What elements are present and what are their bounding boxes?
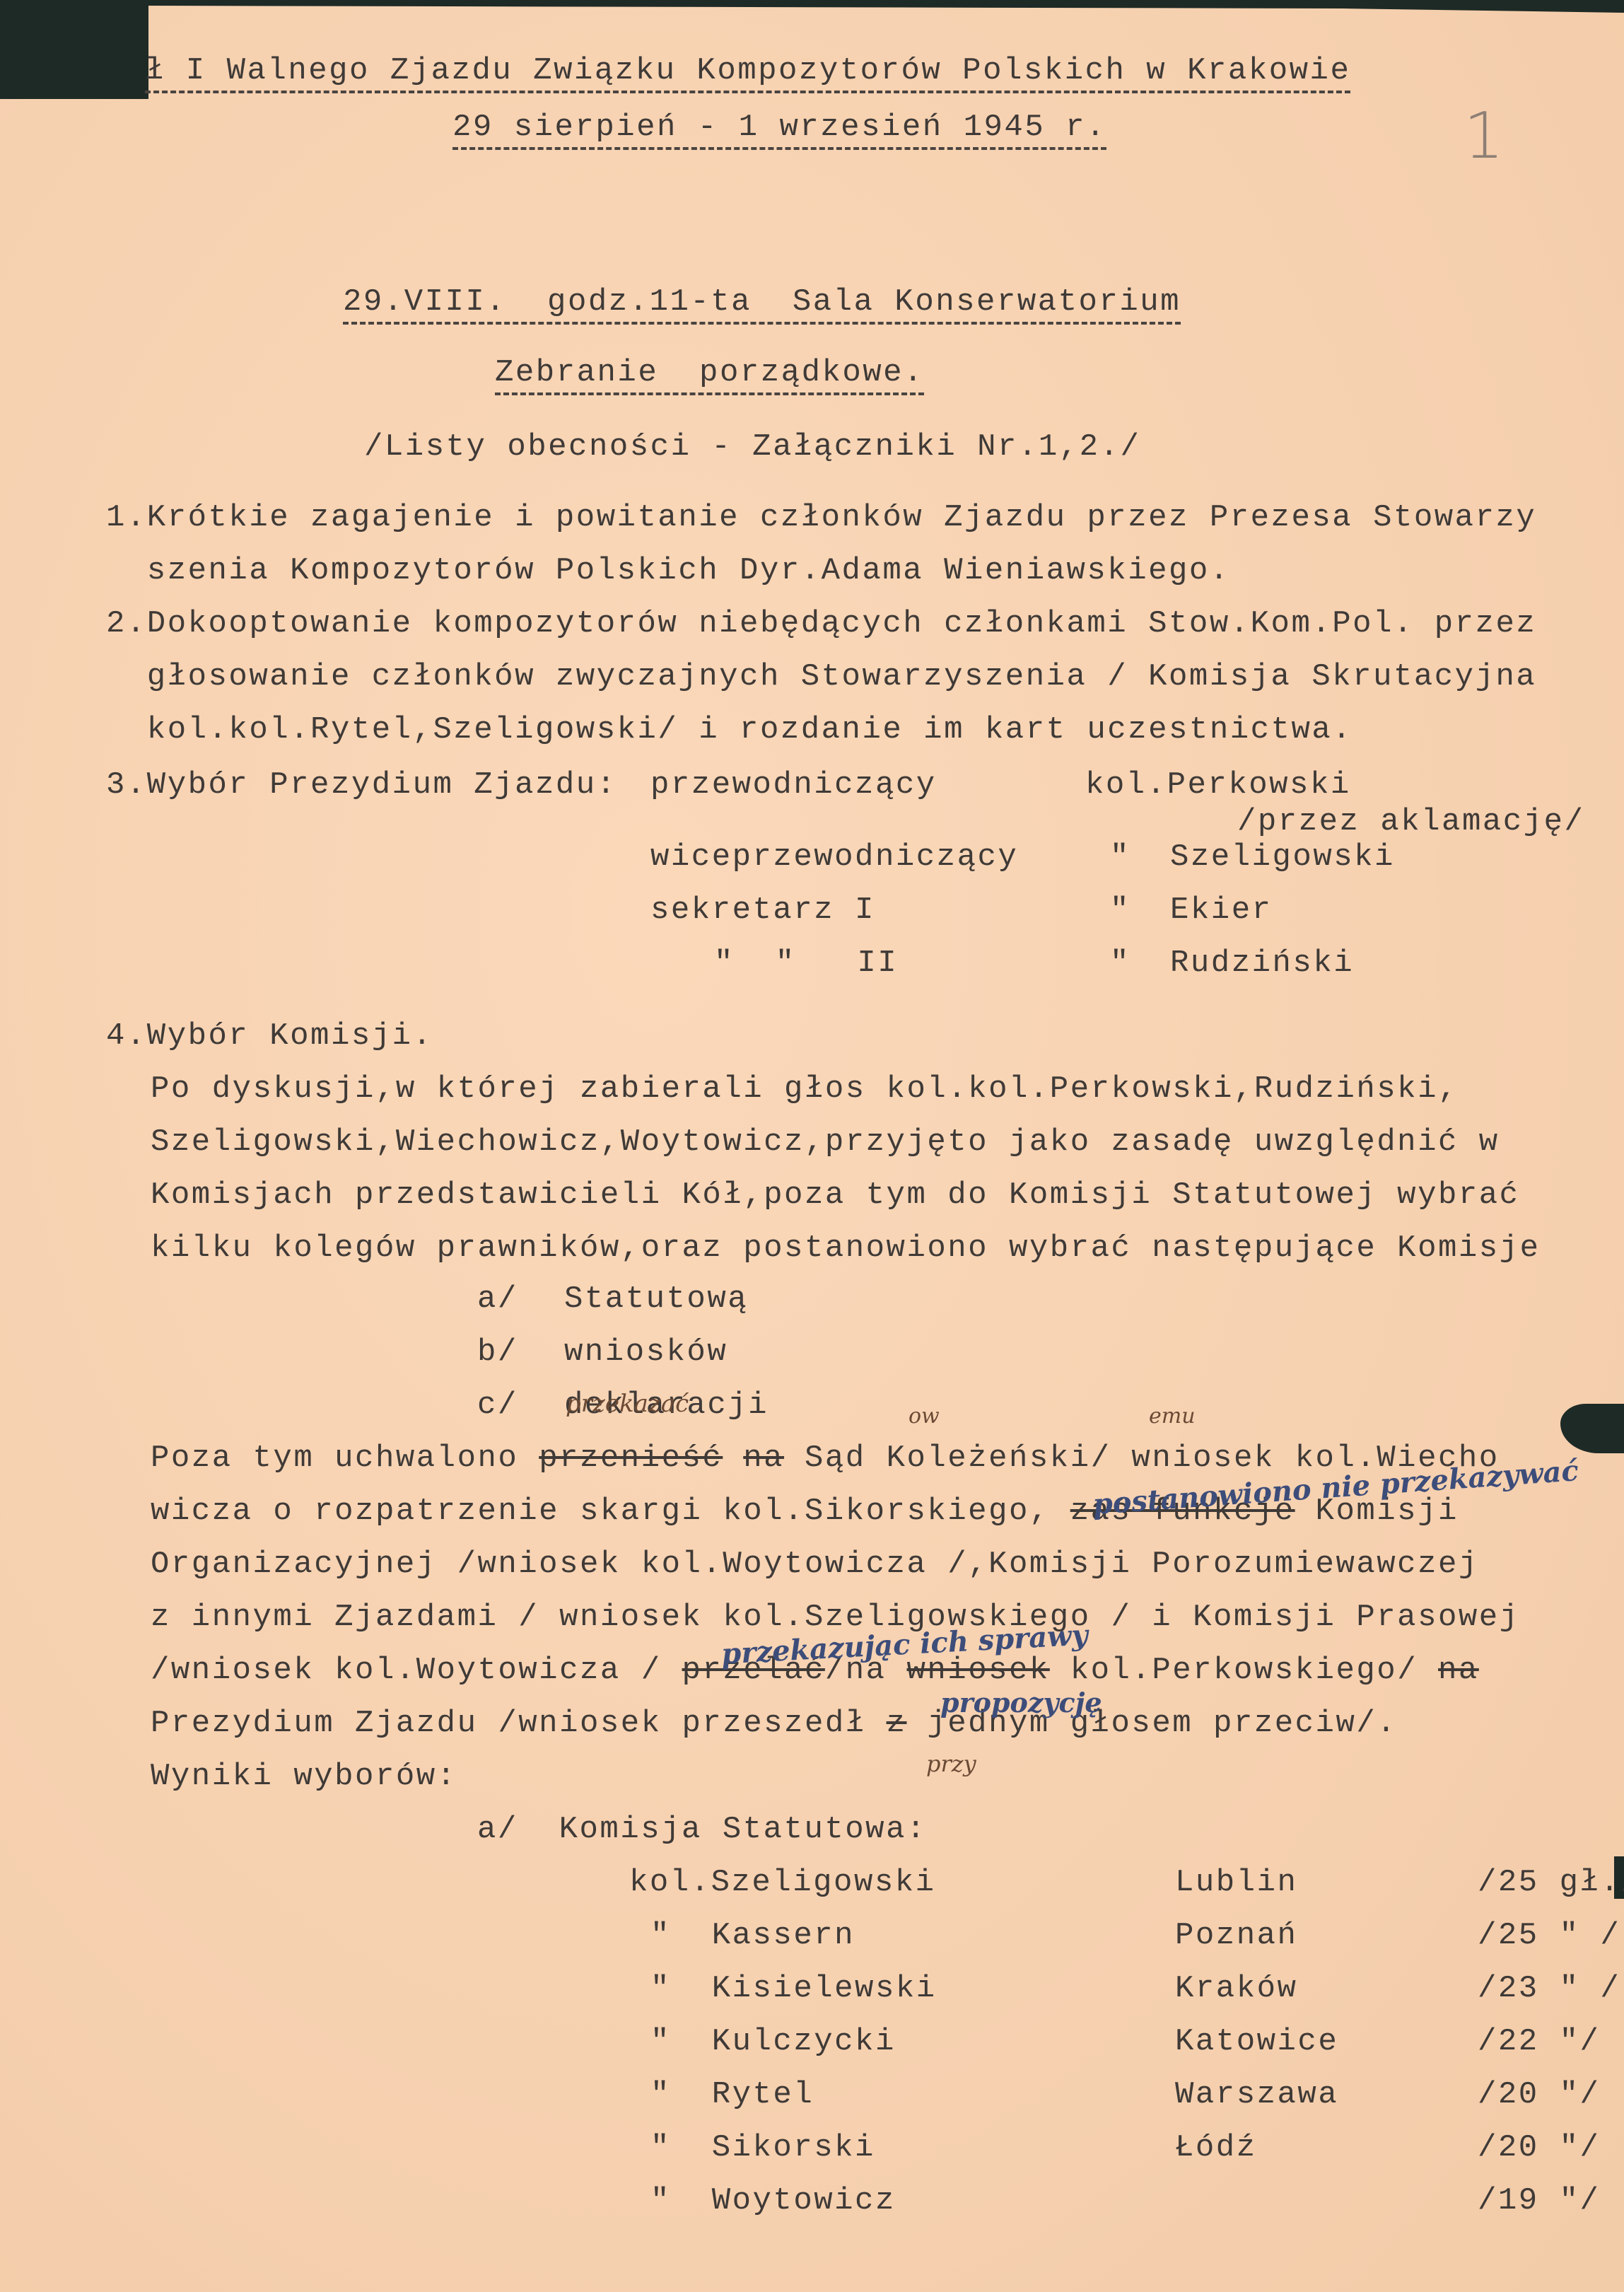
handwritten-annotation: przekazać [566, 1390, 689, 1418]
table-cell-city: Lublin [1175, 1867, 1297, 1898]
table-cell-votes: /25 " / [1478, 1920, 1620, 1951]
commission-marker-a: a/ [477, 1284, 518, 1315]
resolution-line-4: z innymi Zjazdami / wniosek kol.Szeligow… [151, 1602, 1520, 1633]
table-cell-votes: /20 "/ [1478, 2132, 1600, 2163]
presidium-ditto-secretary-1: " [1110, 895, 1131, 926]
resolution-line-3: Organizacyjnej /wniosek kol.Woytowicza /… [151, 1549, 1479, 1580]
presidium-role-secretary-2: " " II [714, 948, 898, 979]
presidium-name-secretary-2: Rudziński [1170, 948, 1354, 979]
struck-text: z [887, 1706, 907, 1741]
page-number: 1 [1464, 99, 1504, 173]
presidium-name-vice: Szeligowski [1170, 842, 1395, 873]
session-subheading: Zebranie porządkowe. [495, 357, 924, 395]
handwritten-annotation: propozycję [940, 1687, 1102, 1718]
agenda-item-1-line-2: szenia Kompozytorów Polskich Dyr.Adama W… [106, 555, 1230, 586]
table-cell-name: " Rytel [650, 2079, 814, 2110]
commissions-paragraph-line-2: Szeligowski,Wiechowicz,Woytowicz,przyjęt… [151, 1127, 1500, 1158]
agenda-item-1-line-1: 1.Krótkie zagajenie i powitanie członków… [106, 502, 1536, 533]
table-cell-city: Poznań [1175, 1920, 1297, 1951]
table-cell-votes: /23 " / [1478, 1973, 1620, 2004]
document-title: ł I Walnego Zjazdu Związku Kompozytorów … [145, 55, 1350, 93]
table-cell-votes: /22 "/ [1478, 2026, 1600, 2057]
presidium-ditto-vice: " [1110, 842, 1131, 873]
commission-marker-b: b/ [477, 1337, 518, 1368]
session-heading: 29.VIII. godz.11-ta Sala Konserwatorium [343, 286, 1181, 325]
handwritten-annotation: ow [909, 1404, 940, 1429]
statutory-commission-heading: a/ Komisja Statutowa: [477, 1814, 927, 1845]
attachments-note: /Listy obecności - Załączniki Nr.1,2./ [364, 431, 1140, 463]
agenda-item-2-line-3: kol.kol.Rytel,Szeligowski/ i rozdanie im… [106, 714, 1353, 745]
table-cell-name: " Kassern [650, 1920, 855, 1951]
commissions-paragraph-line-3: Komisjach przedstawicieli Kół,poza tym d… [151, 1180, 1520, 1211]
table-cell-votes: /20 "/ [1478, 2079, 1600, 2110]
presidium-label: 3.Wybór Prezydium Zjazdu: [106, 769, 617, 801]
agenda-item-2-line-2: głosowanie członków zwyczajnych Stowarzy… [106, 661, 1536, 692]
presidium-acclamation-note: /przez aklamację/ [1237, 806, 1584, 837]
presidium-ditto-secretary-2: " [1110, 948, 1131, 979]
agenda-item-2-line-1: 2.Dokooptowanie kompozytorów niebędących… [106, 608, 1536, 639]
commission-label-a: Statutową [564, 1284, 748, 1315]
document-dates: 29 sierpień - 1 wrzesień 1945 r. [452, 112, 1106, 150]
commissions-paragraph-line-1: Po dyskusji,w której zabierali głos kol.… [151, 1074, 1459, 1105]
table-cell-city: Łódź [1175, 2132, 1257, 2163]
binding-tape [0, 0, 148, 99]
presidium-role-secretary-1: sekretarz I [650, 895, 875, 926]
table-cell-city: Kraków [1175, 1973, 1297, 2004]
commission-label-b: wniosków [564, 1337, 728, 1368]
table-cell-city: Warszawa [1175, 2079, 1338, 2110]
table-cell-name: " Kisielewski [650, 1973, 937, 2004]
struck-text: na [1438, 1653, 1479, 1688]
table-cell-votes: /25 gł./ [1478, 1867, 1624, 1898]
presidium-name-chair: kol.Perkowski [1085, 769, 1351, 801]
struck-text: na [743, 1441, 784, 1476]
presidium-name-secretary-1: Ekier [1170, 895, 1273, 926]
commission-marker-c: c/ [477, 1390, 518, 1421]
election-results-label: Wyniki wyborów: [151, 1761, 457, 1792]
resolution-line-6: Prezydium Zjazdu /wniosek przeszedł z je… [151, 1708, 1397, 1739]
table-cell-name: " Woytowicz [650, 2185, 896, 2216]
commissions-heading: 4.Wybór Komisji. [106, 1020, 433, 1052]
handwritten-annotation: przy [926, 1750, 976, 1777]
commissions-paragraph-line-4: kilku kolegów prawników,oraz postanowion… [151, 1233, 1541, 1264]
table-cell-name: kol.Szeligowski [629, 1867, 936, 1898]
table-cell-city: Katowice [1175, 2026, 1338, 2057]
table-cell-votes: /19 "/ [1478, 2185, 1600, 2216]
presidium-role-vice: wiceprzewodniczący [650, 842, 1018, 873]
table-cell-name: " Sikorski [650, 2132, 875, 2163]
resolution-line-1: Poza tym uchwalono przenieść na Sąd Kole… [151, 1443, 1500, 1474]
presidium-role-chair: przewodniczący [650, 769, 937, 801]
struck-text: przenieść [539, 1441, 723, 1476]
handwritten-annotation: emu [1149, 1404, 1196, 1429]
table-cell-name: " Kulczycki [650, 2026, 896, 2057]
